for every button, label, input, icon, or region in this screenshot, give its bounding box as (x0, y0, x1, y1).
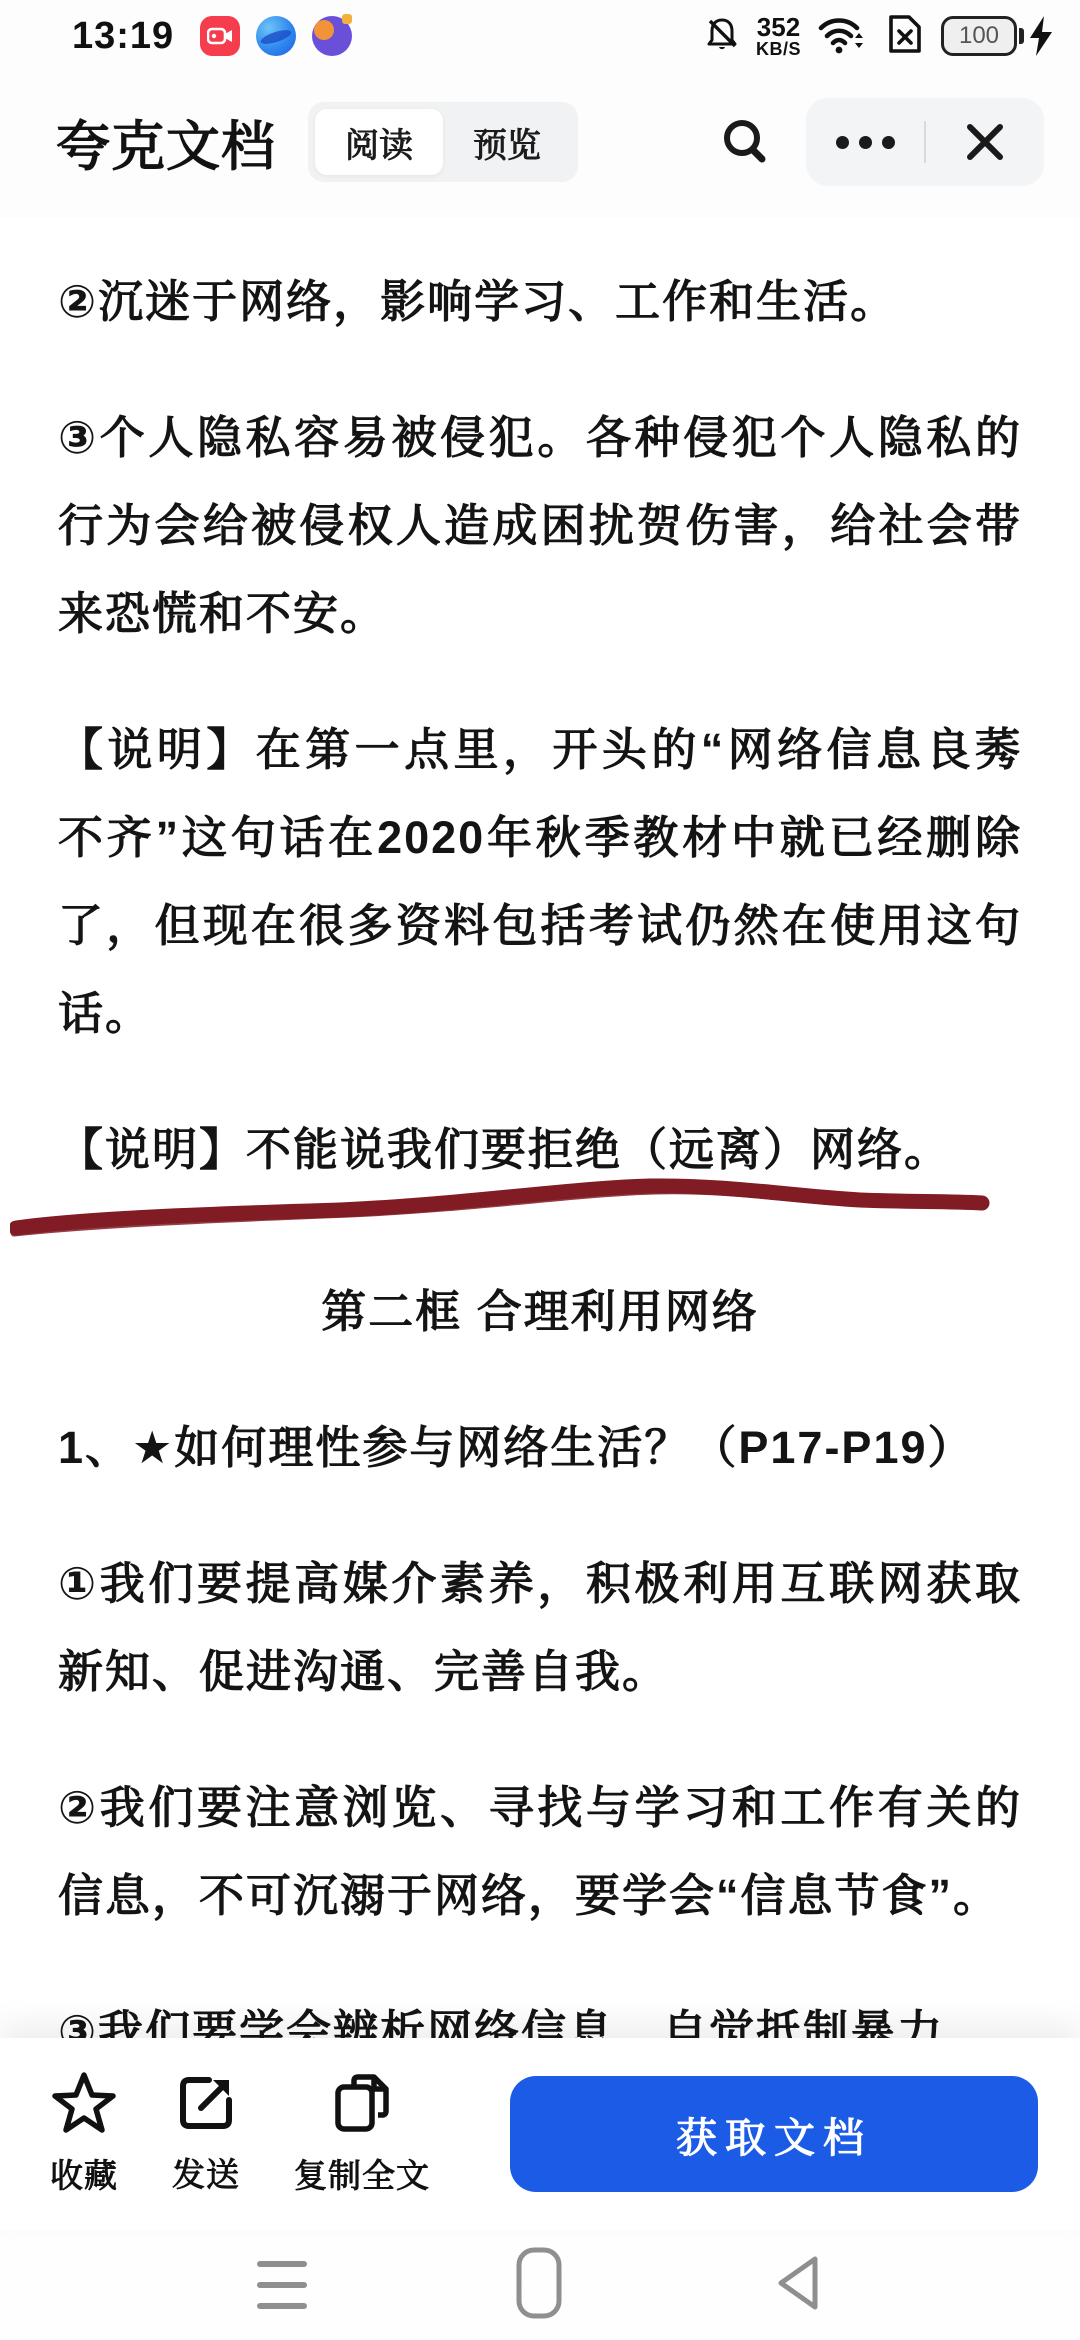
screen-record-app-icon (200, 16, 240, 56)
home-icon[interactable] (515, 2246, 563, 2325)
paragraph: 【说明】在第一点里，开头的“网络信息良莠不齐”这句话在2020年秋季教材中就已经… (58, 706, 1022, 1058)
copy-all-button[interactable]: 复制全文 (294, 2071, 430, 2197)
phone-screen: 13:19 352 KB/S 100 (0, 0, 1080, 2340)
network-speed: 352 KB/S (756, 14, 801, 58)
notification-app-icons (200, 16, 352, 56)
sim-missing-icon (881, 11, 927, 62)
status-bar: 13:19 352 KB/S 100 (0, 0, 1080, 66)
paragraph: ③个人隐私容易被侵犯。各种侵犯个人隐私的行为会给被侵权人造成困扰贺伤害，给社会带… (58, 394, 1022, 658)
bell-muted-icon (702, 14, 742, 59)
star-icon (51, 2071, 117, 2140)
copy-icon (330, 2071, 394, 2140)
paragraph: ①我们要提高媒介素养，积极利用互联网获取新知、促进沟通、完善自我。 (58, 1540, 1022, 1716)
paragraph: ②我们要注意浏览、寻找与学习和工作有关的信息，不可沉溺于网络，要学会“信息节食”… (58, 1764, 1022, 1940)
clock: 13:19 (72, 15, 174, 58)
menu-icon[interactable] (257, 2261, 307, 2309)
status-indicators: 352 KB/S 100 (702, 11, 1058, 62)
tab-preview[interactable]: 预览 (443, 109, 571, 175)
view-mode-tabs: 阅读 预览 (308, 102, 578, 182)
back-icon[interactable] (771, 2251, 823, 2320)
app-header: 夸克文档 阅读 预览 (0, 66, 1080, 218)
red-marker-underline (10, 1176, 1022, 1240)
battery-charging-icon: 100 (941, 14, 1058, 58)
favorite-button[interactable]: 收藏 (50, 2071, 118, 2197)
section-heading: 第二框 合理利用网络 (58, 1268, 1022, 1356)
get-document-button[interactable]: 获取文档 (510, 2076, 1038, 2192)
charging-bolt-icon (1024, 14, 1058, 58)
tab-read[interactable]: 阅读 (315, 109, 443, 175)
app-title: 夸克文档 (56, 104, 276, 181)
close-icon[interactable] (926, 98, 1044, 186)
document-body[interactable]: ②沉迷于网络，影响学习、工作和生活。 ③个人隐私容易被侵犯。各种侵犯个人隐私的行… (0, 218, 1080, 2038)
paragraph-clipped: ③我们要学会辨析网络信息，自觉抵制暴力 (58, 1988, 1022, 2038)
game-app-icon (312, 16, 352, 56)
wifi-icon (815, 12, 867, 61)
question-line: 1、★如何理性参与网络生活？（P17-P19） (58, 1404, 1022, 1492)
search-icon[interactable] (710, 107, 780, 177)
quark-app-icon (256, 16, 296, 56)
window-controls (806, 98, 1044, 186)
android-nav-bar (0, 2230, 1080, 2340)
send-button[interactable]: 发送 (172, 2072, 240, 2196)
more-icon[interactable] (806, 98, 924, 186)
battery-level: 100 (959, 22, 999, 50)
bottom-action-bar: 收藏 发送 复制全文 获取文档 (0, 2038, 1080, 2230)
paragraph: ②沉迷于网络，影响学习、工作和生活。 (58, 258, 1022, 346)
send-icon (175, 2072, 237, 2139)
